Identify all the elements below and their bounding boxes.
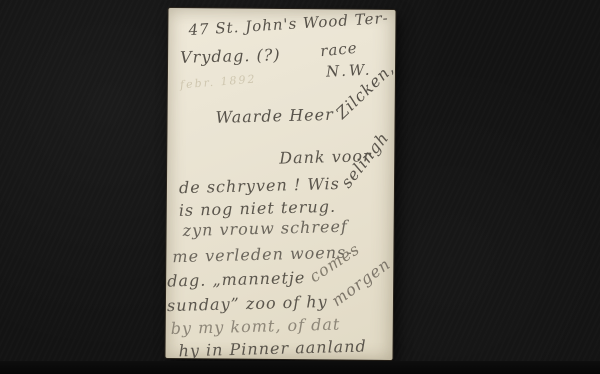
photo-bottom-shadow [0, 361, 600, 374]
line-text: dag. „mannetje [167, 268, 306, 291]
line-text: by my komt, of dat [171, 315, 341, 338]
line-text: de schryven ! Wis [179, 174, 340, 197]
letter-paper: 47 St. John's Wood Ter- race Vrydag. (?)… [165, 8, 395, 360]
letter-body-line: sunday” zoo of hy morgen [167, 292, 396, 314]
line-text: sunday” zoo of hy [167, 292, 328, 315]
line-text: is nog niet terug. [179, 197, 337, 220]
letter-body-line: hy in Pinner aanland [178, 338, 367, 359]
letter-body-line: de schryven ! Wis selingh [179, 174, 396, 196]
salutation-text: Waarde Heer [215, 105, 334, 127]
salutation: Waarde Heer Zilcken, [215, 105, 395, 126]
letter-body-line: zyn vrouw schreef [182, 219, 348, 239]
line-text: zyn vrouw schreef [182, 217, 348, 240]
pencil-annotation: febr. 1892 [180, 73, 257, 90]
address-line-2: race [320, 41, 359, 60]
letter-body-line: is nog niet terug. [179, 199, 337, 219]
photo-background: 47 St. John's Wood Ter- race Vrydag. (?)… [0, 0, 600, 374]
address-line-1: 47 St. John's Wood Ter- [188, 11, 389, 38]
date-line: Vrydag. (?) [180, 47, 281, 66]
line-text: hy in Pinner aanland [178, 336, 367, 360]
letter-body-line: by my komt, of dat [171, 317, 341, 337]
